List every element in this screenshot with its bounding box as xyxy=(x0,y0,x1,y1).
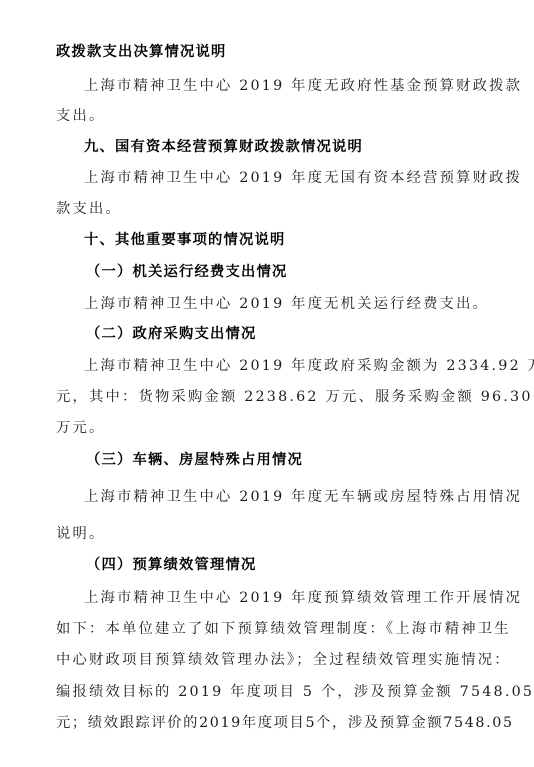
sub-heading: （二）政府采购支出情况 xyxy=(0,324,534,344)
paragraph-line: 支出。 xyxy=(0,106,534,126)
paragraph-line: 上海市精神卫生中心 2019 年度政府采购金额为 2334.92 万 xyxy=(0,356,534,376)
section-heading: 政拨款支出决算情况说明 xyxy=(0,42,534,62)
paragraph-line: 上海市精神卫生中心 2019 年度预算绩效管理工作开展情况 xyxy=(0,588,534,608)
paragraph-line: 说明。 xyxy=(0,524,534,544)
paragraph-line: 上海市精神卫生中心 2019 年度无车辆或房屋特殊占用情况 xyxy=(0,487,534,507)
paragraph-line: 元；绩效跟踪评价的2019年度项目5个，涉及预算金额7548.05 xyxy=(0,713,534,733)
paragraph-line: 款支出。 xyxy=(0,199,534,219)
paragraph-line: 编报绩效目标的 2019 年度项目 5 个，涉及预算金额 7548.05 万 xyxy=(0,682,534,702)
paragraph-line: 上海市精神卫生中心 2019 年度无国有资本经营预算财政拨 xyxy=(0,168,534,188)
sub-heading: （三）车辆、房屋特殊占用情况 xyxy=(0,450,534,470)
paragraph-line: 上海市精神卫生中心 2019 年度无机关运行经费支出。 xyxy=(0,294,534,314)
paragraph-line: 如下：本单位建立了如下预算绩效管理制度：《上海市精神卫生 xyxy=(0,619,534,639)
section-heading: 九、国有资本经营预算财政拨款情况说明 xyxy=(0,137,534,157)
sub-heading: （四）预算绩效管理情况 xyxy=(0,555,534,575)
section-heading: 十、其他重要事项的情况说明 xyxy=(0,230,534,250)
paragraph-line: 万元。 xyxy=(0,418,534,438)
paragraph-line: 中心财政项目预算绩效管理办法》；全过程绩效管理实施情况： xyxy=(0,650,534,670)
sub-heading: （一）机关运行经费支出情况 xyxy=(0,262,534,282)
paragraph-line: 元，其中：货物采购金额 2238.62 万元、服务采购金额 96.30 xyxy=(0,387,534,407)
paragraph-line: 上海市精神卫生中心 2019 年度无政府性基金预算财政拨款 xyxy=(0,76,534,96)
